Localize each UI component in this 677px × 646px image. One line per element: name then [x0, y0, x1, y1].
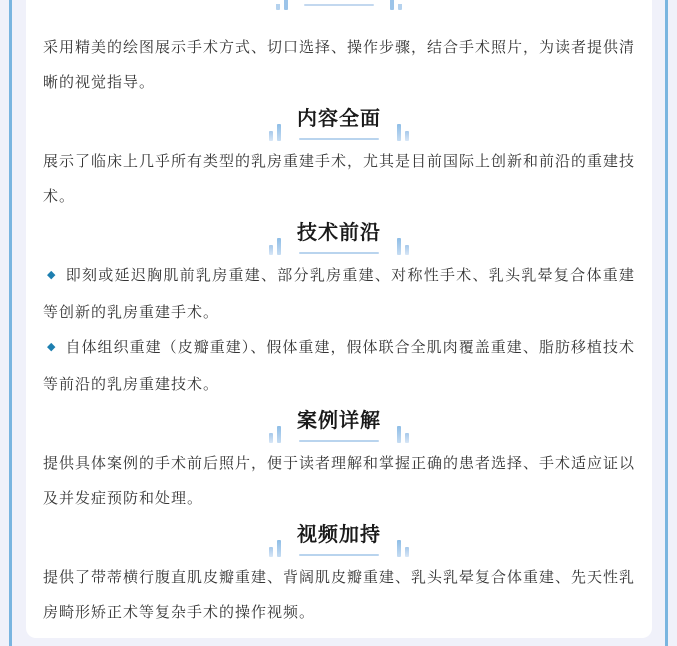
header-bars-left-icon — [269, 238, 281, 255]
section-header-content: 内容全面 — [43, 106, 635, 140]
header-bars-right-icon — [397, 124, 409, 141]
diamond-bullet-icon: ◆ — [47, 330, 56, 365]
header-bars-right-icon — [390, 0, 402, 10]
title-underline — [299, 440, 380, 442]
header-bars-right-icon — [397, 238, 409, 255]
section-header-technology: 技术前沿 — [43, 220, 635, 254]
section-title: 视频加持 — [297, 522, 381, 548]
header-bars-left-icon — [276, 0, 288, 10]
section-header-videos: 视频加持 — [43, 522, 635, 556]
partial-section-header — [43, 0, 635, 10]
intro-paragraph: 采用精美的绘图展示手术方式、切口选择、操作步骤，结合手术照片，为读者提供清晰的视… — [43, 30, 635, 100]
left-edge-accent-line — [9, 0, 12, 646]
bullet-text: 即刻或延迟胸肌前乳房重建、部分乳房重建、对称性手术、乳头乳晕复合体重建等创新的乳… — [43, 267, 635, 321]
title-underline — [299, 252, 380, 254]
section-header-cases: 案例详解 — [43, 408, 635, 442]
section-title: 技术前沿 — [297, 220, 381, 246]
section-paragraph: 提供了带蒂横行腹直肌皮瓣重建、背阔肌皮瓣重建、乳头乳晕复合体重建、先天性乳房畸形… — [43, 560, 635, 630]
section-title: 内容全面 — [297, 106, 381, 132]
title-underline — [299, 554, 380, 556]
header-bars-right-icon — [397, 540, 409, 557]
title-underline — [304, 4, 374, 6]
title-underline — [299, 138, 380, 140]
header-bars-right-icon — [397, 426, 409, 443]
header-bars-left-icon — [269, 124, 281, 141]
section-paragraph: 提供具体案例的手术前后照片，便于读者理解和掌握正确的患者选择、手术适应证以及并发… — [43, 446, 635, 516]
content-card: 采用精美的绘图展示手术方式、切口选择、操作步骤，结合手术照片，为读者提供清晰的视… — [26, 0, 652, 638]
bullet-item: ◆自体组织重建（皮瓣重建）、假体重建，假体联合全肌肉覆盖重建、脂肪移植技术等前沿… — [43, 330, 635, 402]
right-edge-accent-line — [665, 0, 668, 646]
section-paragraph: 展示了临床上几乎所有类型的乳房重建手术，尤其是目前国际上创新和前沿的重建技术。 — [43, 144, 635, 214]
bullet-text: 自体组织重建（皮瓣重建）、假体重建，假体联合全肌肉覆盖重建、脂肪移植技术等前沿的… — [43, 339, 635, 393]
section-title: 案例详解 — [297, 408, 381, 434]
header-bars-left-icon — [269, 540, 281, 557]
diamond-bullet-icon: ◆ — [47, 258, 56, 293]
bullet-item: ◆即刻或延迟胸肌前乳房重建、部分乳房重建、对称性手术、乳头乳晕复合体重建等创新的… — [43, 258, 635, 330]
header-bars-left-icon — [269, 426, 281, 443]
